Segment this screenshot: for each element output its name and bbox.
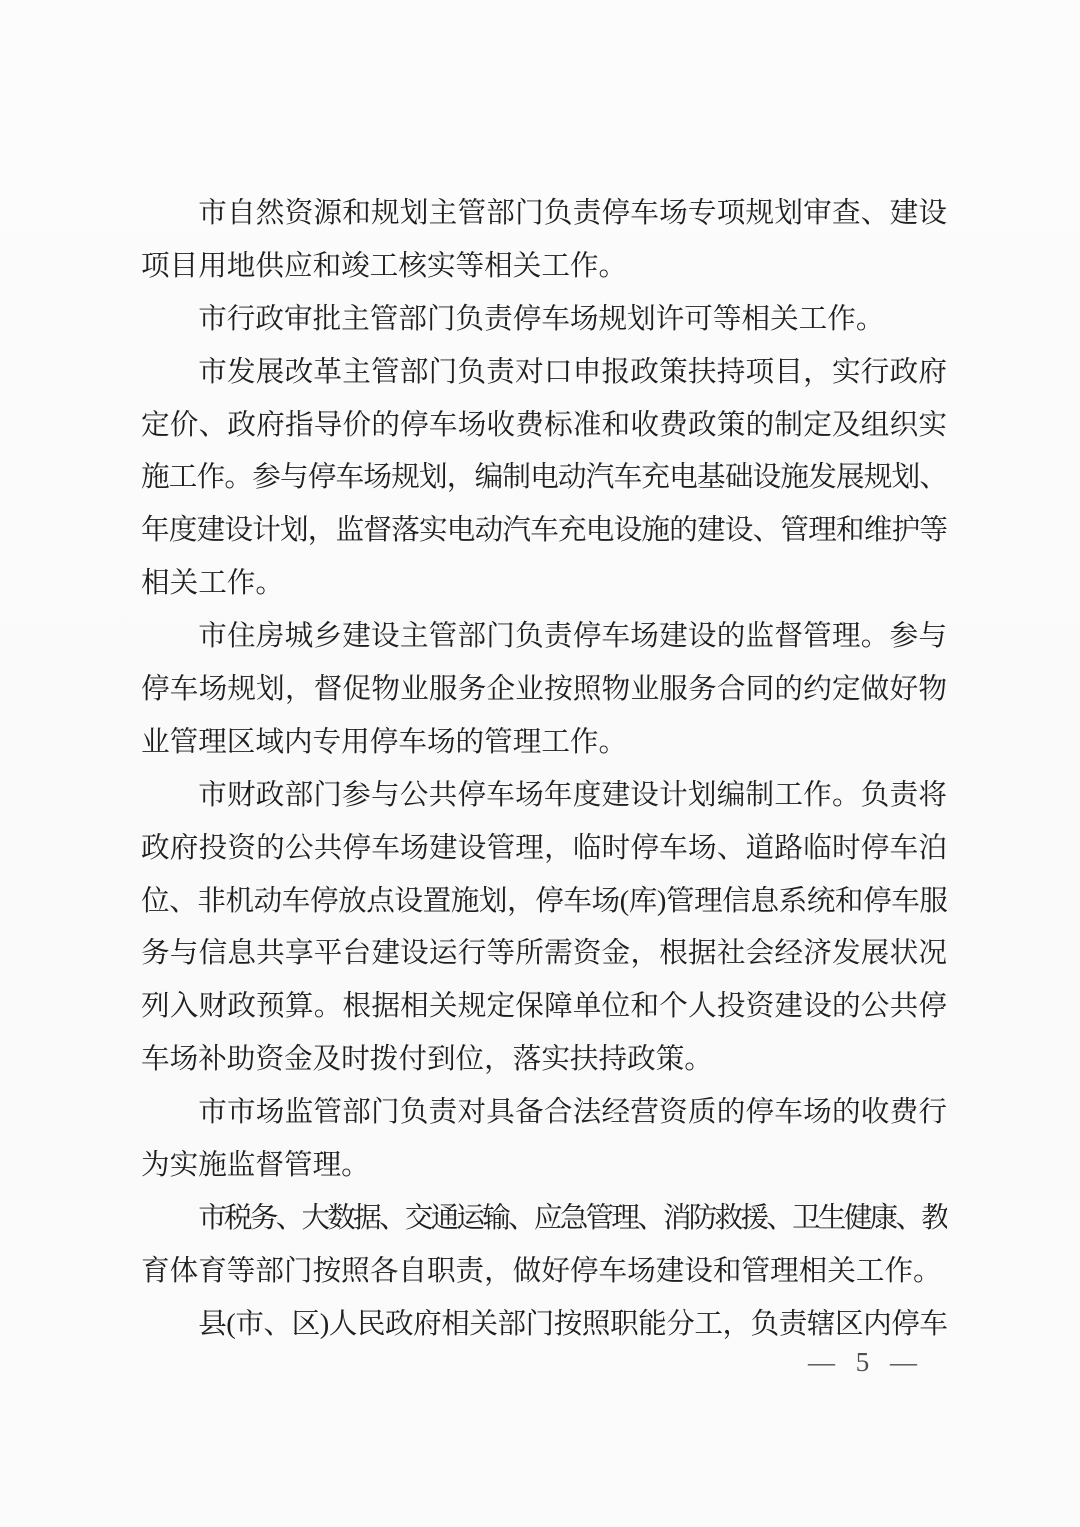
text-line: 车场补助资金及时拨付到位，落实扶持政策。 [141,1034,947,1087]
text-line: 育体育等部门按照各自职责，做好停车场建设和管理相关工作。 [141,1246,947,1299]
text-line: 市自然资源和规划主管部门负责停车场专项规划审查、建设 [141,188,947,241]
text-line: 定价、政府指导价的停车场收费标准和收费政策的制定及组织实 [141,400,947,453]
text-line: 市市场监管部门负责对具备合法经营资质的停车场的收费行 [141,1087,947,1140]
text-line: 停车场规划，督促物业服务企业按照物业服务合同的约定做好物 [141,664,947,717]
text-line: 项目用地供应和竣工核实等相关工作。 [141,241,947,294]
text-line: 为实施监督管理。 [141,1140,947,1193]
text-line: 列入财政预算。根据相关规定保障单位和个人投资建设的公共停 [141,981,947,1034]
document-body: 市自然资源和规划主管部门负责停车场专项规划审查、建设 项目用地供应和竣工核实等相… [141,188,947,1352]
document-page: 市自然资源和规划主管部门负责停车场专项规划审查、建设 项目用地供应和竣工核实等相… [0,0,1080,1527]
text-line: 位、非机动车停放点设置施划，停车场(库)管理信息系统和停车服 [141,876,947,929]
page-number: — 5 — [808,1342,924,1382]
text-line: 市住房城乡建设主管部门负责停车场建设的监督管理。参与 [141,611,947,664]
text-line: 市税务、大数据、交通运输、应急管理、消防救援、卫生健康、教 [141,1193,947,1246]
text-line: 务与信息共享平台建设运行等所需资金，根据社会经济发展状况 [141,928,947,981]
text-line: 市行政审批主管部门负责停车场规划许可等相关工作。 [141,294,947,347]
text-line: 政府投资的公共停车场建设管理，临时停车场、道路临时停车泊 [141,823,947,876]
text-line: 市财政部门参与公共停车场年度建设计划编制工作。负责将 [141,770,947,823]
text-line: 施工作。参与停车场规划，编制电动汽车充电基础设施发展规划、 [141,452,947,505]
text-line: 业管理区域内专用停车场的管理工作。 [141,717,947,770]
text-line: 年度建设计划，监督落实电动汽车充电设施的建设、管理和维护等 [141,505,947,558]
text-line: 相关工作。 [141,558,947,611]
text-line: 市发展改革主管部门负责对口申报政策扶持项目，实行政府 [141,347,947,400]
